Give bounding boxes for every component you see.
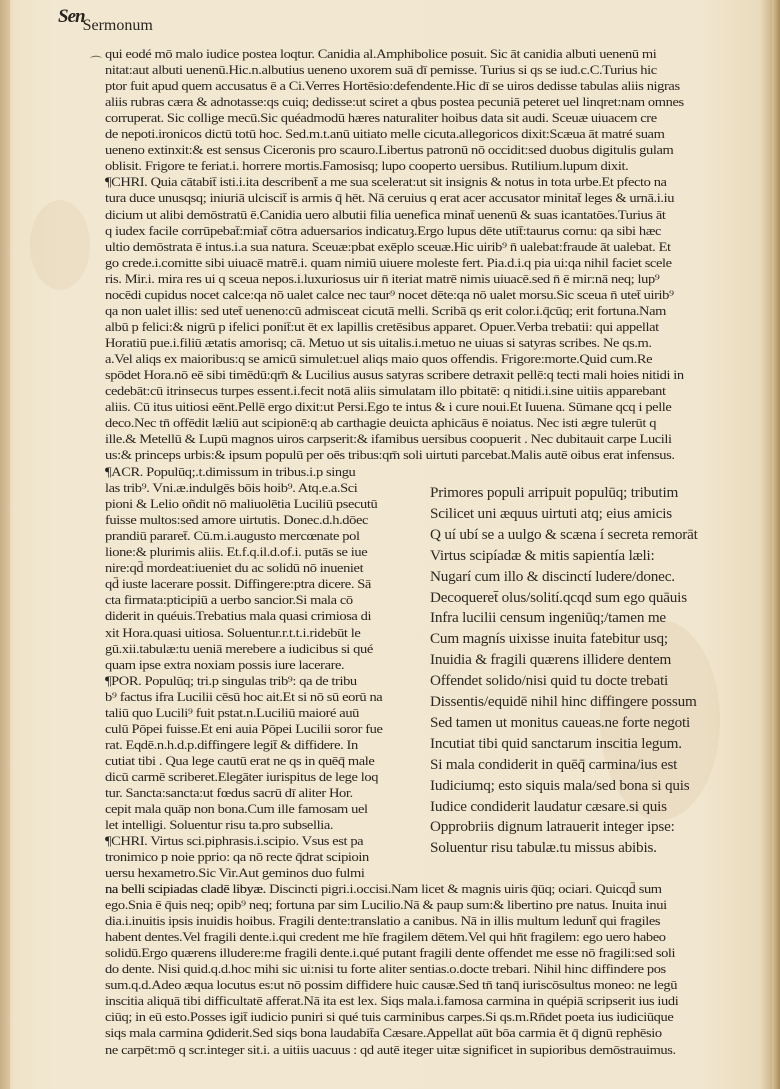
commentary-line: tur. Sancta:sancta:ut fœdus sacrū dī ali…	[105, 785, 353, 801]
commentary-line: ¶CHRI. Virtus sci.piphrasis.i.scipio. Vs…	[105, 833, 363, 849]
commentary-line: tronimico p noie pprio: qa nō recte q̄dr…	[105, 849, 369, 865]
commentary-line: pioni & Lelio oñdit nō maliuolētia Lucil…	[105, 496, 377, 512]
commentary-line: us:& princeps urbis:& ipsum populū per o…	[105, 447, 675, 463]
commentary-line: diderit in quéuis.Trebatius mala quasi c…	[105, 608, 371, 624]
commentary-line: ¶POR. Populūq; tri.p singulas trib⁹: qa …	[105, 673, 357, 689]
commentary-line: rat. Eqdē.n.h.d.p.diffingere legit̄ & di…	[105, 737, 358, 753]
commentary-line: ille.& Metellū & Lupū magnos uiros carps…	[105, 431, 672, 447]
commentary-line: qa non ualet illis: sed utet̄ ueneno:cū …	[105, 303, 666, 319]
verse-line: Inuidia & fragili quærens illidere dente…	[430, 651, 671, 669]
commentary-line: ciūq; in eū esto.Posses igit̄ iudicio pu…	[105, 1009, 673, 1025]
commentary-line: quam ipse extra noxiam possis iure lacer…	[105, 657, 344, 673]
commentary-line: b⁹ factus ifra Lucilii cēsū hoc ait.Et s…	[105, 689, 382, 705]
commentary-line: qd̄ iuste lacerare possit. Diffingere:pt…	[105, 576, 371, 592]
commentary-line: prandiū pararet̄. Cū.m.i.augusto mercœna…	[105, 528, 360, 544]
commentary-line: corruperat. Sic collige mecū.Sic quéadmo…	[105, 110, 657, 126]
commentary-line: dicū carmē scriberet.Elegāter iurispitus…	[105, 769, 378, 785]
commentary-line: ne carpēt:mō q scr.integer sit.i. a uiti…	[105, 1042, 676, 1058]
commentary-line: aliis. Cū itus uitiosi eēnt.Pellē ergo d…	[105, 399, 671, 415]
commentary-line: sum.q.d.Adeo æqua locutus es:ut nō possi…	[105, 977, 677, 993]
commentary-line: nocēdi cupidus nocet calce:qa nō ualet c…	[105, 287, 674, 303]
commentary-line: cedebāt:cū itrinsecus turpes essent.i.fe…	[105, 383, 666, 399]
page-binding-edge	[0, 0, 10, 1089]
book-page: SenSermonum ⌒ qui eodé mō malo iudice po…	[0, 0, 780, 1089]
commentary-line: taliū quo Lucili⁹ fuit pstat.n.Luciliū m…	[105, 705, 359, 721]
verse-line: Si mala condiderit in quēq̄ carmina/ius …	[430, 756, 677, 774]
verse-line: Sed tamen ut monitus caueas.ne forte neg…	[430, 714, 690, 732]
commentary-line: dicium ut alibi demōstratū ē.Canidia uer…	[105, 207, 666, 223]
commentary-line: cutiat tibi . Qua lege cautū erat ne qs …	[105, 753, 374, 769]
verse-line: Iudice condiderit laudatur cæsare.si qui…	[430, 798, 667, 816]
verse-line: Virtus scipíadæ & mitis sapientía læli:	[430, 547, 655, 565]
commentary-line: deco.Nec tn̄ offēdit læliū aut scipionē:…	[105, 415, 656, 431]
commentary-line: go crede.i.comitte sibi uiuacē matrē.i. …	[105, 255, 672, 271]
verse-line: Scilicet uni æquus uirtuti atq; eius ami…	[430, 505, 672, 523]
commentary-line: ultio demōstrata ē intus.i.a sua natura.…	[105, 239, 671, 255]
commentary-line: culū Pōpei fuisse.Et eni auia Pōpei Luci…	[105, 721, 383, 737]
verse-line: Opprobriis dignum latrauerit integer ips…	[430, 818, 675, 836]
commentary-line: cta firmata:pticipiū a uerbo sancior.Si …	[105, 592, 353, 608]
commentary-line: oblisit. Frigore te feriat.i. horrere mo…	[105, 158, 628, 174]
verse-line: Primores populi arripuit populūq; tribut…	[430, 484, 678, 502]
paper-stain	[30, 200, 90, 290]
running-head-abbrev: Sen	[58, 6, 85, 27]
verse-line: Infra lucilii censum ingeniūq;/tamen me	[430, 609, 666, 627]
commentary-line: nire:qd̄ mordeat:iueniet du ac solidū nō…	[105, 560, 363, 576]
commentary-line: let intelligi. Soluentur risu ta.pro sub…	[105, 817, 333, 833]
marginal-mark: ⌒	[90, 53, 102, 70]
commentary-line: a.Vel aliqs ex maioribus:q se amicū simu…	[105, 351, 652, 367]
verse-line: Offendet solido/nisi quid tu docte treba…	[430, 672, 668, 690]
commentary-line: inscitia aliquā tibi difficultatē affera…	[105, 993, 678, 1009]
verse-line: Cum magnís uixisse inuita fatebitur usq;	[430, 630, 668, 648]
commentary-line: gū.xii.tabulæ:tu ueniā merebere a iudici…	[105, 641, 373, 657]
verse-line: Dissentis/equidē nihil hinc diffingere p…	[430, 693, 697, 711]
commentary-line: uersu hexametro.Sic Vir.Aut geminos duo …	[105, 865, 365, 881]
commentary-line: nitat:aut albuti uenenū.Hic.n.albutius u…	[105, 62, 657, 78]
commentary-line: ¶CHRI. Quia cātabit̄ isti.i.ita describe…	[105, 174, 667, 190]
commentary-line: ueneno extinxit:& est sensus Ciceronis p…	[105, 142, 673, 158]
commentary-line: ris. Mir.i. mira res ui q sceua nepos.i.…	[105, 271, 659, 287]
commentary-line: cepit mala quāp non bona.Cum ille famosa…	[105, 801, 368, 817]
commentary-line: siqs mala carmina ꝯdiderit.Sed siqs bona…	[105, 1025, 662, 1041]
commentary-line: solidū.Ergo quærens illudere:me fragili …	[105, 945, 675, 961]
commentary-line: q iudex facile corrūpebat̄:miat̄ cōtra a…	[105, 223, 661, 239]
verse-line: Decoqueret̄ olus/solití.qcqd sum ego quā…	[430, 589, 687, 607]
verse-line: Nugarí cum illo & discinctí ludere/donec…	[430, 568, 675, 586]
commentary-line: de nepoti.ironicos dictū totū hoc. Sed.m…	[105, 126, 664, 142]
commentary-line: qui eodé mō malo iudice postea loqtur. C…	[105, 46, 656, 62]
verse-line: Soluentur risu tabulæ.tu missus abibis.	[430, 839, 657, 857]
commentary-line: xit Hora.quasi uitiosa. Soluentur.r.t.t.…	[105, 625, 360, 641]
commentary-line: habent dentes.Vel fragili dente.i.qui cr…	[105, 929, 666, 945]
verse-line: Q uí ubí se a uulgo & scæna í secreta re…	[430, 526, 698, 544]
commentary-line: dia.i.inuitis ipsis inuidis hoibus. Frag…	[105, 913, 660, 929]
commentary-line: na belli scipiadas cladē libyæ. Discinct…	[105, 881, 662, 897]
page-fore-edge	[772, 0, 780, 1089]
running-head: SenSermonum	[58, 6, 155, 28]
verse-line: Iudiciumq; esto siquis mala/sed bona si …	[430, 777, 690, 795]
commentary-line: las trib⁹. Vni.æ.indulgēs bōis hoib⁹. At…	[105, 480, 357, 496]
commentary-line: spōdet Hora.nō eē sibi timēdū:qm̄ & Luci…	[105, 367, 684, 383]
commentary-line: ptor fuit apud quem accusatus ē a Ci.Ver…	[105, 78, 680, 94]
commentary-line: aliis rubras cæra & adnotasse:qs cuiq; d…	[105, 94, 684, 110]
commentary-line: tura duce unusqsq; iniuriā ulciscit̄ is …	[105, 190, 674, 206]
running-head-title: Sermonum	[83, 17, 153, 34]
commentary-line: ¶ACR. Populūq;.t.dimissum in tribus.i.p …	[105, 464, 355, 480]
commentary-line: lione:& plurimis aliis. Et.f.q.il.d.of.i…	[105, 544, 367, 560]
commentary-line: albū p felici:& nigrū p ifelici ponit̄:u…	[105, 319, 659, 335]
commentary-line: Horatiū pue.i.filiū ætatis amorisq; cā. …	[105, 335, 652, 351]
commentary-line: ego.Snia ē q̄uis neq; opib⁹ neq; fortuna…	[105, 897, 667, 913]
commentary-line: fuisse multos:sed amore uirtutis. Donec.…	[105, 512, 368, 528]
commentary-line: do dente. Nisi quid.q.d.hoc mihi sic ui:…	[105, 961, 666, 977]
verse-line: Incutiat tibi quid sanctarum inscitia le…	[430, 735, 682, 753]
